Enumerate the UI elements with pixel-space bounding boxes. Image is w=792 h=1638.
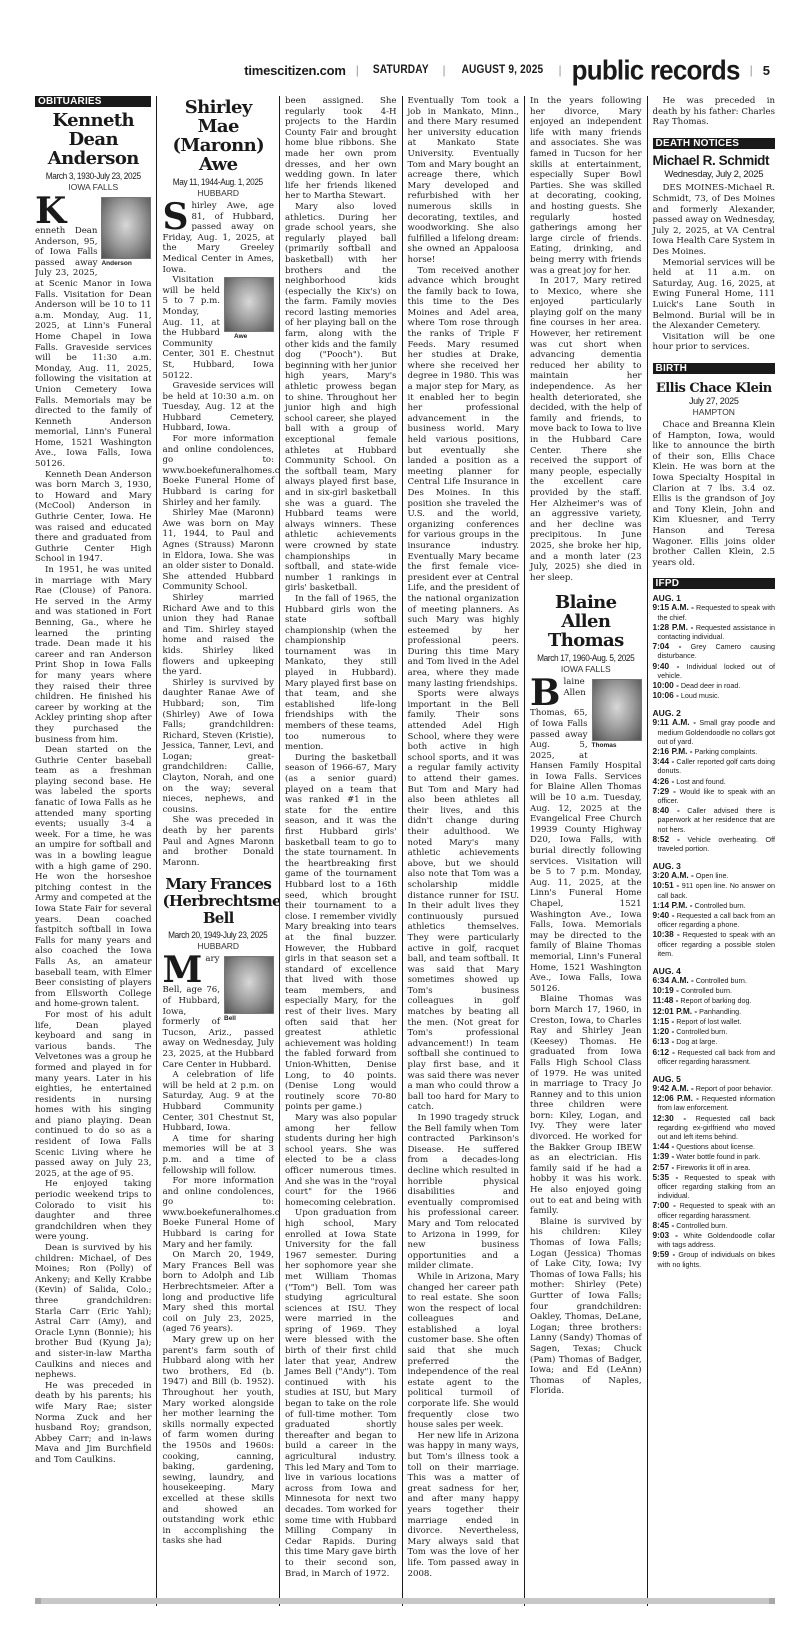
death-notices-label: DEATH NOTICES [653,138,775,149]
log-entry: 4:26 - Lost and found. [653,777,775,786]
log-text: Report of barking dog. [680,996,751,1005]
log-time: 12:06 P.M. - [653,1093,699,1103]
page-columns: OBITUARIES Kenneth Dean Anderson March 3… [35,96,775,1606]
log-time: 6:34 A.M. - [653,975,694,985]
publication-date: AUGUST 9, 2025 [461,64,543,76]
obit-paragraph: In 2017, Mary retired to Mexico, where s… [530,276,642,583]
log-time: 9:40 - [653,910,675,920]
log-time: 1:39 - [653,1151,675,1161]
log-time: 10:19 - [653,985,679,995]
obit-name: Shirley Mae (Maronn) Awe [162,98,274,174]
photo-caption: Anderson [101,259,151,268]
portrait-image [224,277,274,332]
publication-day: SATURDAY [373,64,429,76]
log-time: 3:20 A.M. - [653,870,694,880]
obit-paragraph: Upon graduation from high school, Mary e… [285,1208,397,1579]
obit-name: Kenneth Dean Anderson [35,111,151,168]
obit-dates: May 11, 1944-Aug. 1, 2025 [167,177,270,188]
log-text: Water bottle found in park. [676,1152,760,1161]
drop-cap: S [162,202,188,232]
log-entry: 12:30 - Requested call back regarding ex… [653,1114,775,1142]
birth-town: HAMPTON [653,407,775,418]
footer-marker [769,1598,775,1604]
obit-paragraph: In 1951, he was united in marriage with … [35,565,151,745]
obit-paragraph: Graveside services will be held at 10:30… [162,381,274,434]
column-1: OBITUARIES Kenneth Dean Anderson March 3… [35,96,157,1606]
obit-paragraph: He enjoyed taking periodic weekend trips… [35,1179,151,1243]
obit-paragraph: Awe Visitation will be held 5 to 7 p.m. … [162,275,274,381]
obit-photo: Anderson [101,197,151,268]
log-time: 9:11 A.M. - [653,717,696,727]
obit-lead: M Bell ary Bell, age 76, of Hubbard, Iow… [162,954,274,1070]
obit-paragraph: Dean started on the Guthrie Center baseb… [35,745,151,1010]
obit-paragraph: He was preceded in death by his father: … [653,96,775,128]
death-notice-paragraph: DES MOINES-Michael R. Schmidt, 73, of De… [653,183,775,257]
portrait-image [224,956,274,1014]
photo-caption: Awe [224,332,274,341]
log-text: Parking complaints. [695,747,758,756]
log-entry: 8:45 - Controlled burn. [653,1221,775,1230]
log-entry: 11:48 - Report of barking dog. [653,996,775,1005]
log-entry: 2:57 - Fireworks lit off in area. [653,1163,775,1172]
log-time: 11:48 - [653,995,679,1005]
obit-photo: Thomas [592,679,642,750]
log-text: Controlled burn. [695,901,746,910]
log-time: 3:44 - [653,756,675,766]
log-entry: 6:13 - Dog at large. [653,1037,775,1046]
log-time: 9:40 - [653,661,680,671]
obit-dates: March 17, 1960-Aug. 5, 2025 [534,653,637,664]
log-entry: 8:52 - Vehicle overheating. Off traveled… [653,835,775,853]
death-notice-date: Wednesday, July 2, 2025 [653,170,775,181]
log-entry: 7:00 - Requested to speak with an office… [653,1201,775,1219]
section-title: public records [572,53,740,86]
death-notice-name: Michael R. Schmidt [653,153,775,169]
obit-paragraph: Mary also loved athletics. During her gr… [285,202,397,594]
log-entry: 9:03 - White Goldendoodle collar with ta… [653,1231,775,1249]
divider: | [750,63,753,77]
obit-paragraph: Shirley is survived by daughter Ranae Aw… [162,678,274,816]
photo-caption: Bell [224,1014,274,1023]
log-time: 6:12 - [653,1047,675,1057]
log-entry: 9:40 - Individual locked out of vehicle. [653,662,775,680]
obit-paragraph: Sports were always important in the Bell… [408,689,520,1113]
obit-paragraph: During the basketball season of 1966-67,… [285,753,397,1113]
log-time: 9:42 A.M. - [653,1083,694,1093]
obit-dates: March 3, 1930-July 23, 2025 [40,171,147,182]
log-entry: 9:40 - Requested a call back from an off… [653,911,775,929]
log-text: Dog at large. [676,1037,717,1046]
log-text: Loud music. [681,691,720,700]
log-time: 10:00 - [653,680,679,690]
log-entry: 9:15 A.M. - Requested to speak with the … [653,603,775,621]
log-time: 12:30 - [653,1113,687,1123]
birth-date: July 27, 2025 [653,396,775,407]
log-entry: 12:01 P.M. - Panhandling. [653,1007,775,1016]
obit-paragraph: Blaine Thomas was born March 17, 1960, i… [530,994,642,1216]
log-entry: 1:44 - Questions about license. [653,1142,775,1151]
obit-paragraph: A celebration of life will be held at 2 … [162,1070,274,1134]
column-3: been assigned. She regularly took 4-H pr… [280,96,403,1606]
log-text: Panhandling. [699,1007,741,1016]
log-entry: 5:35 - Requested to speak with officer r… [653,1173,775,1201]
log-time: 1:28 P.M. - [653,622,694,632]
portrait-image [101,197,151,259]
birth-announcement: Chace and Breanna Klein of Hampton, Iowa… [653,420,775,568]
obit-paragraph: Eventually Tom took a job in Mankato, Mi… [408,96,520,266]
log-entry: 2:16 P.M. - Parking complaints. [653,747,775,756]
log-text: Controlled burn. [676,1027,727,1036]
log-time: 2:16 P.M. - [653,746,693,756]
obit-paragraph: Shirley married Richard Awe and to this … [162,593,274,678]
log-text: Controlled burn. [681,986,732,995]
log-entry: 3:20 A.M. - Open line. [653,871,775,880]
log-time: 6:13 - [653,1036,675,1046]
obit-lead: B Thomas laine Allen Thomas, 65, of Iowa… [530,677,642,994]
obit-paragraph: While in Arizona, Mary changed her caree… [408,1272,520,1431]
log-time: 9:03 - [653,1230,678,1240]
log-entry: 8:40 - Caller advised there is paperwork… [653,806,775,834]
log-time: 10:51 - [653,880,680,890]
log-entry: 10:51 - 911 open line. No answer on call… [653,881,775,899]
log-time: 1:14 P.M. - [653,900,693,910]
log-text: Lost and found. [676,777,726,786]
masthead: timescitizen.com | SATURDAY | AUGUST 9, … [0,48,770,92]
obit-paragraph: For most of his adult life, Dean played … [35,1010,151,1180]
obit-name: Blaine Allen Thomas [530,593,642,650]
log-entry: 10:00 - Dead deer in road. [653,681,775,690]
log-time: 1:15 - [653,1016,675,1026]
log-entry: 6:12 - Requested call back from and offi… [653,1048,775,1066]
drop-cap: K [35,196,66,226]
log-text: Caller reported golf carts doing donuts. [658,757,775,775]
log-text: Open line. [696,871,729,880]
divider: | [356,63,359,77]
obit-paragraph: In the years following her divorce, Mary… [530,96,642,276]
obit-paragraph: For more information and online condolen… [162,1176,274,1250]
page-number: 5 [763,63,770,78]
log-entry: 10:19 - Controlled burn. [653,986,775,995]
log-time: 4:26 - [653,776,675,786]
obit-lead: S hirley Awe, age 81, of Hubbard, passed… [162,201,274,275]
death-notice-paragraph: Visitation will be one hour prior to ser… [653,332,775,353]
log-text: Group of individuals on bikes with no li… [658,1250,775,1268]
obit-paragraph: been assigned. She regularly took 4-H pr… [285,96,397,202]
obit-name: Mary Frances (Herbrechtsmeier) Bell [162,876,274,927]
obit-paragraph: On March 20, 1949, Mary Frances Bell was… [162,1250,274,1335]
log-time: 7:29 - [653,786,676,796]
column-4: Eventually Tom took a job in Mankato, Mi… [403,96,526,1606]
obit-paragraph: Tom received another advance which broug… [408,266,520,690]
drop-cap: M [162,955,202,985]
log-time: 1:20 - [653,1026,675,1036]
log-time: 2:57 - [653,1162,675,1172]
log-time: 5:35 - [653,1172,679,1182]
log-text: Dead deer in road. [681,681,741,690]
log-entry: 1:20 - Controlled burn. [653,1027,775,1036]
column-2: Shirley Mae (Maronn) Awe May 11, 1944-Au… [157,96,280,1606]
log-time: 12:01 P.M. - [653,1006,698,1016]
log-text: Requested a call back from an officer re… [658,911,775,929]
obit-paragraph: Dean is survived by his children: Michae… [35,1243,151,1381]
log-text: Controlled burn. [676,1221,727,1230]
drop-cap: B [530,678,560,708]
log-time: 8:52 - [653,834,680,844]
log-text: Fireworks lit off in area. [676,1163,750,1172]
log-time: 7:00 - [653,1200,676,1210]
log-entry: 9:11 A.M. - Small gray poodle and medium… [653,718,775,746]
log-entry: 9:59 - Group of individuals on bikes wit… [653,1250,775,1268]
log-entry: 6:34 A.M. - Controlled burn. [653,976,775,985]
ifpd-label: IFPD [653,578,775,589]
obit-paragraph: Kenneth Dean Anderson was born March 3, … [35,470,151,565]
obit-paragraph: Mary grew up on her parent's farm south … [162,1335,274,1547]
obit-paragraph: Mary was also popular among her fellow s… [285,1113,397,1208]
footer-marker [35,1598,41,1604]
column-5: In the years following her divorce, Mary… [525,96,648,1606]
log-text: Requested to speak with an officer regar… [658,1201,775,1219]
log-time: 9:15 A.M. - [653,602,694,612]
log-time: 10:38 - [653,929,680,939]
obit-lead: K Anderson enneth Dean Anderson, 95, of … [35,195,151,470]
obituaries-label: OBITUARIES [35,96,151,107]
obit-paragraph: He was preceded in death by his parents;… [35,1381,151,1466]
obit-paragraph: In 1990 tragedy struck the Bell family w… [408,1113,520,1272]
log-text: Requested call back from and officer reg… [658,1048,775,1066]
log-text: Questions about license. [676,1142,755,1151]
obit-photo: Bell [224,956,274,1023]
log-time: 7:04 - [653,641,682,651]
log-entry: 7:29 - Would like to speak with an offic… [653,787,775,805]
birth-name: Ellis Chace Klein [653,384,775,395]
obit-paragraph: In the fall of 1965, the Hubbard girls w… [285,594,397,753]
photo-caption: Thomas [592,741,642,750]
log-time: 1:44 - [653,1141,675,1151]
birth-label: BIRTH [653,363,775,374]
log-time: 8:45 - [653,1220,675,1230]
log-entry: 10:38 - Requested to speak with an offic… [653,930,775,958]
obit-paragraph: Blaine is survived by his children: Kile… [530,1217,642,1397]
log-entry: 1:39 - Water bottle found in park. [653,1152,775,1161]
log-entry: 12:06 P.M. - Requested information from … [653,1094,775,1112]
log-entry: 1:14 P.M. - Controlled burn. [653,901,775,910]
site-url[interactable]: timescitizen.com [244,63,346,78]
log-text: Report of poor behavior. [696,1084,773,1093]
column-6: He was preceded in death by his father: … [648,96,775,1606]
police-log: AUG. 19:15 A.M. - Requested to speak wit… [653,593,775,1268]
log-time: 9:59 - [653,1249,676,1259]
obit-paragraph: For more information and online condolen… [162,434,274,508]
obit-paragraph: A time for sharing memories will be at 3… [162,1134,274,1176]
obit-dates: March 20, 1949-July 23, 2025 [167,930,270,941]
log-text: Report of lost wallet. [676,1017,741,1026]
log-entry: 3:44 - Caller reported golf carts doing … [653,757,775,775]
death-notice-paragraph: Memorial services will be held at 11 a.m… [653,258,775,332]
divider: | [443,63,446,77]
log-entry: 10:06 - Loud music. [653,691,775,700]
footer-bar [35,1598,775,1604]
log-text: Would like to speak with an officer. [658,787,775,805]
obit-photo: Awe [224,277,274,341]
log-text: Controlled burn. [696,976,747,985]
obit-paragraph: Her new life in Arizona was happy in man… [408,1431,520,1579]
log-entry: 7:04 - Grey Camero causing disturbance. [653,642,775,660]
obit-paragraph: Shirley Mae (Maronn) Awe was born on May… [162,508,274,593]
log-time: 10:06 - [653,690,679,700]
obit-paragraph: She was preceded in death by her parents… [162,815,274,868]
log-entry: 1:28 P.M. - Requested assistance in cont… [653,623,775,641]
portrait-image [592,679,642,741]
divider: | [559,63,562,77]
log-entry: 9:42 A.M. - Report of poor behavior. [653,1084,775,1093]
log-entry: 1:15 - Report of lost wallet. [653,1017,775,1026]
log-time: 8:40 - [653,805,680,815]
